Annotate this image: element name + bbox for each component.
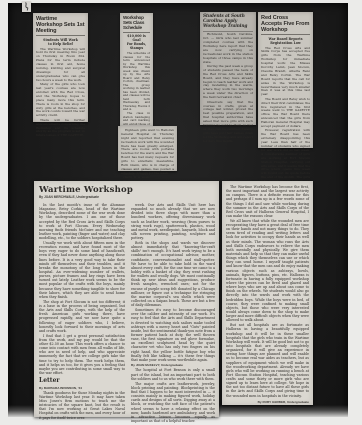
paragraph: We all know that while the wounded men a… (226, 219, 309, 323)
clipping-headline: Wartime Workshop Sets 1st Meeting (36, 16, 85, 36)
clipping-class-schedule: Workshop Sets Class Schedule $10,000 is … (120, 13, 153, 126)
paragraph: Observers say that the courses in crafts… (203, 101, 253, 144)
clipping-body: The Red Cross Arts and Skills Corps has … (261, 47, 310, 196)
paragraph: Richmond, South Carolina, Oct. — Girls w… (203, 33, 253, 64)
corner-tab (22, 1, 31, 12)
paragraph: The shop at Fort Slocum is not too diffe… (39, 300, 125, 333)
paragraph: But not all hospitals are as fortunate a… (226, 323, 309, 398)
letter-byline: By BARBARA BRONSON, '44 (39, 386, 125, 390)
clipping-wartime-workshop-first-meeting: Wartime Workshop Sets 1st Meeting Studen… (33, 13, 88, 122)
column-paragraphs: The Wartime Workshop has become the firs… (226, 185, 309, 398)
column-paragraphs: The hospital at Fort Benson is only a sm… (131, 368, 215, 423)
paragraph: In the last month's issue of the Alumnae… (39, 203, 125, 240)
column-paragraphs: In the last month's issue of the Alumnae… (39, 203, 125, 375)
clipping-body: The Wartime Workshop will hold its first… (36, 48, 85, 139)
article-title: Wartime Workshop (39, 186, 133, 195)
paragraph: week. Our Arts and Skills Unit here has … (131, 203, 215, 240)
paragraph: The Wartime Workshop has become the firs… (226, 185, 309, 218)
scrapbook-scan: Wartime Workshop Sets 1st Meeting Studen… (0, 0, 362, 425)
paragraph: The Wartime Workshop will hold its first… (36, 48, 85, 83)
clipping-class-schedule-continuation: Eighteen girls went to Halloran General … (118, 126, 177, 171)
article-column-2: week. Our Arts and Skills Unit here has … (131, 203, 215, 424)
clipping-body: Eighteen girls went to Halloran General … (121, 129, 174, 176)
letter-paragraphs: Thank goodness for those Monday nights i… (39, 391, 125, 420)
magazine-page-main: Wartime Workshop By JOAN MERCHWALE, Unde… (34, 181, 219, 417)
clipping-south-carolina-training: Students at South Carolina Apply Worksho… (200, 12, 256, 125)
paragraph: The schedule of classes for the term ann… (123, 52, 150, 111)
paragraph: Eighteen girls went to Halloran General … (121, 129, 174, 176)
second-article-byline: By JOAN McKELVY, Undergraduate (131, 363, 215, 367)
paragraph: The major crafts are leatherwork, jewelr… (131, 382, 215, 423)
clipping-subhead: Students Will Work to Help Relief (36, 38, 85, 46)
paragraph: Both in the shops and wards we discover … (131, 241, 215, 307)
article-column-3: The Wartime Workshop has become the firs… (226, 185, 309, 404)
clipping-headline: Red Cross Accepts Five From Workshop (261, 15, 310, 35)
article-column-1: In the last month's issue of the Alumnae… (39, 203, 125, 421)
paragraph: The hospital at Fort Benson is only a sm… (131, 368, 215, 380)
article-signoff: By RUBY GERBER, Undergraduate (226, 400, 309, 404)
clipping-headline: Students at South Carolina Apply Worksho… (203, 15, 253, 32)
paragraph: During the past week a group of students… (203, 65, 253, 100)
clipping-red-cross-accepts-five: Red Cross Accepts Five From Workshop War… (258, 12, 313, 148)
paragraph: Usually we work with about fifteen men i… (39, 241, 125, 299)
letter-heading: Letter (39, 378, 125, 385)
column-paragraphs: week. Our Arts and Skills Unit here has … (131, 203, 215, 362)
paragraph: There will be further announcements conc… (36, 119, 85, 138)
clipping-subhead: War Board Reports Registration Low (261, 37, 310, 45)
paragraph: The Board and Betsy wish to direct their… (261, 98, 310, 129)
paragraph: Sometimes it's easy to become discourage… (131, 308, 215, 362)
pen-scribble-icon (22, 1, 31, 12)
paragraph: I find that I get a great personal satis… (39, 334, 125, 375)
article-byline: By JOAN MERCHWALE, Undergraduate (39, 196, 99, 200)
clipping-headline: Workshop Sets Class Schedule (123, 16, 150, 33)
paragraph: The Red Cross Arts and Skills Corps has … (261, 47, 310, 98)
paragraph: Thank goodness for those Monday nights i… (39, 391, 125, 420)
clipping-subhead: $10,000 is Goal For Bonds, Stamps (123, 34, 150, 50)
magazine-page-right: The Wartime Workshop has become the firs… (222, 181, 313, 405)
paragraph: Many of the girls who took last year's c… (36, 83, 85, 118)
clipping-body: Richmond, South Carolina, Oct. — Girls w… (203, 33, 253, 143)
